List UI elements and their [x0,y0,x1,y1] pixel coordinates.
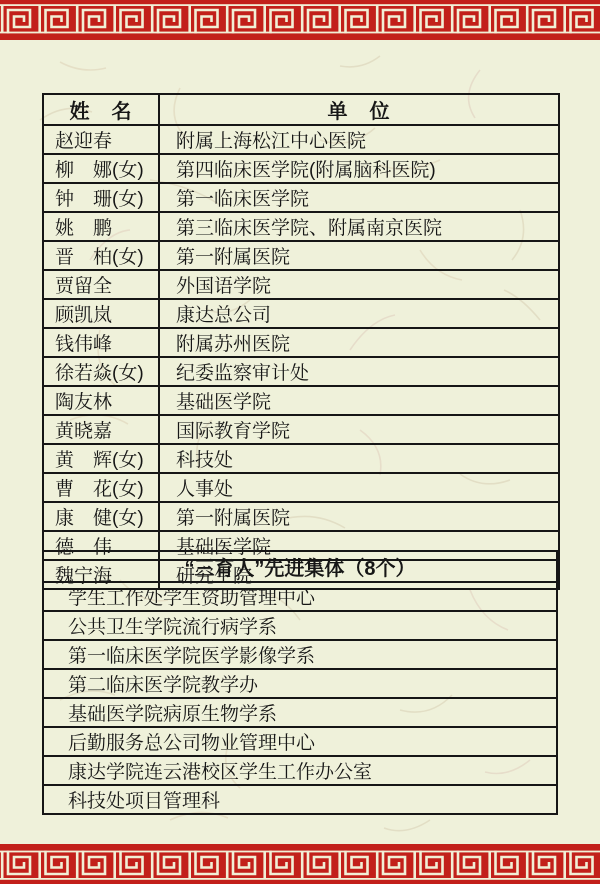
collective-cell: 第二临床医学院教学办 [43,669,557,698]
table-row: 晋 柏(女)第一附属医院 [43,241,559,270]
name-cell: 顾凯岚 [43,299,159,328]
table-row: 公共卫生学院流行病学系 [43,611,557,640]
collective-cell: 基础医学院病原生物学系 [43,698,557,727]
table-row: 后勤服务总公司物业管理中心 [43,727,557,756]
unit-cell: 第一附属医院 [159,502,559,531]
unit-cell: 康达总公司 [159,299,559,328]
table-row: 科技处项目管理科 [43,785,557,814]
table-row: 赵迎春附属上海松江中心医院 [43,125,559,154]
table-row: 贾留全外国语学院 [43,270,559,299]
table-row: 学生工作处学生资助管理中心 [43,582,557,611]
table-header-row: 姓 名 单 位 [43,94,559,125]
collectives-title: “三育人”先进集体（8个） [43,551,557,582]
table-row: 柳 娜(女)第四临床医学院(附属脑科医院) [43,154,559,183]
name-cell: 晋 柏(女) [43,241,159,270]
collective-cell: 公共卫生学院流行病学系 [43,611,557,640]
name-cell: 贾留全 [43,270,159,299]
table-row: 顾凯岚康达总公司 [43,299,559,328]
unit-cell: 附属上海松江中心医院 [159,125,559,154]
collective-cell: 科技处项目管理科 [43,785,557,814]
advanced-collectives-table: “三育人”先进集体（8个） 学生工作处学生资助管理中心 公共卫生学院流行病学系 … [42,550,558,815]
collective-cell: 学生工作处学生资助管理中心 [43,582,557,611]
name-cell: 陶友林 [43,386,159,415]
unit-cell: 纪委监察审计处 [159,357,559,386]
collective-cell: 后勤服务总公司物业管理中心 [43,727,557,756]
name-cell: 赵迎春 [43,125,159,154]
collectives-title-row: “三育人”先进集体（8个） [43,551,557,582]
name-cell: 黄晓嘉 [43,415,159,444]
name-cell: 柳 娜(女) [43,154,159,183]
name-cell: 黄 辉(女) [43,444,159,473]
unit-cell: 国际教育学院 [159,415,559,444]
name-cell: 康 健(女) [43,502,159,531]
unit-cell: 附属苏州医院 [159,328,559,357]
table-row: 徐若焱(女)纪委监察审计处 [43,357,559,386]
unit-cell: 第一临床医学院 [159,183,559,212]
table-row: 姚 鹏第三临床医学院、附属南京医院 [43,212,559,241]
name-cell: 姚 鹏 [43,212,159,241]
table-row: 钟 珊(女)第一临床医学院 [43,183,559,212]
table-row: 康 健(女)第一附属医院 [43,502,559,531]
meander-border-top-icon [0,0,600,40]
unit-cell: 科技处 [159,444,559,473]
name-column-header: 姓 名 [43,94,159,125]
table-row: 黄晓嘉国际教育学院 [43,415,559,444]
table-row: 曹 花(女)人事处 [43,473,559,502]
table-row: 康达学院连云港校区学生工作办公室 [43,756,557,785]
document-page: 姓 名 单 位 赵迎春附属上海松江中心医院 柳 娜(女)第四临床医学院(附属脑科… [0,0,600,884]
table-row: 陶友林基础医学院 [43,386,559,415]
table-row: 黄 辉(女)科技处 [43,444,559,473]
unit-cell: 第一附属医院 [159,241,559,270]
table-row: 基础医学院病原生物学系 [43,698,557,727]
name-unit-table: 姓 名 单 位 赵迎春附属上海松江中心医院 柳 娜(女)第四临床医学院(附属脑科… [42,93,560,590]
table-row: 钱伟峰附属苏州医院 [43,328,559,357]
collective-cell: 第一临床医学院医学影像学系 [43,640,557,669]
unit-cell: 人事处 [159,473,559,502]
name-cell: 钟 珊(女) [43,183,159,212]
name-cell: 钱伟峰 [43,328,159,357]
table-row: 第一临床医学院医学影像学系 [43,640,557,669]
collective-cell: 康达学院连云港校区学生工作办公室 [43,756,557,785]
unit-cell: 外国语学院 [159,270,559,299]
unit-column-header: 单 位 [159,94,559,125]
name-cell: 徐若焱(女) [43,357,159,386]
meander-border-bottom-icon [0,844,600,884]
unit-cell: 第三临床医学院、附属南京医院 [159,212,559,241]
table-row: 第二临床医学院教学办 [43,669,557,698]
name-cell: 曹 花(女) [43,473,159,502]
unit-cell: 基础医学院 [159,386,559,415]
unit-cell: 第四临床医学院(附属脑科医院) [159,154,559,183]
